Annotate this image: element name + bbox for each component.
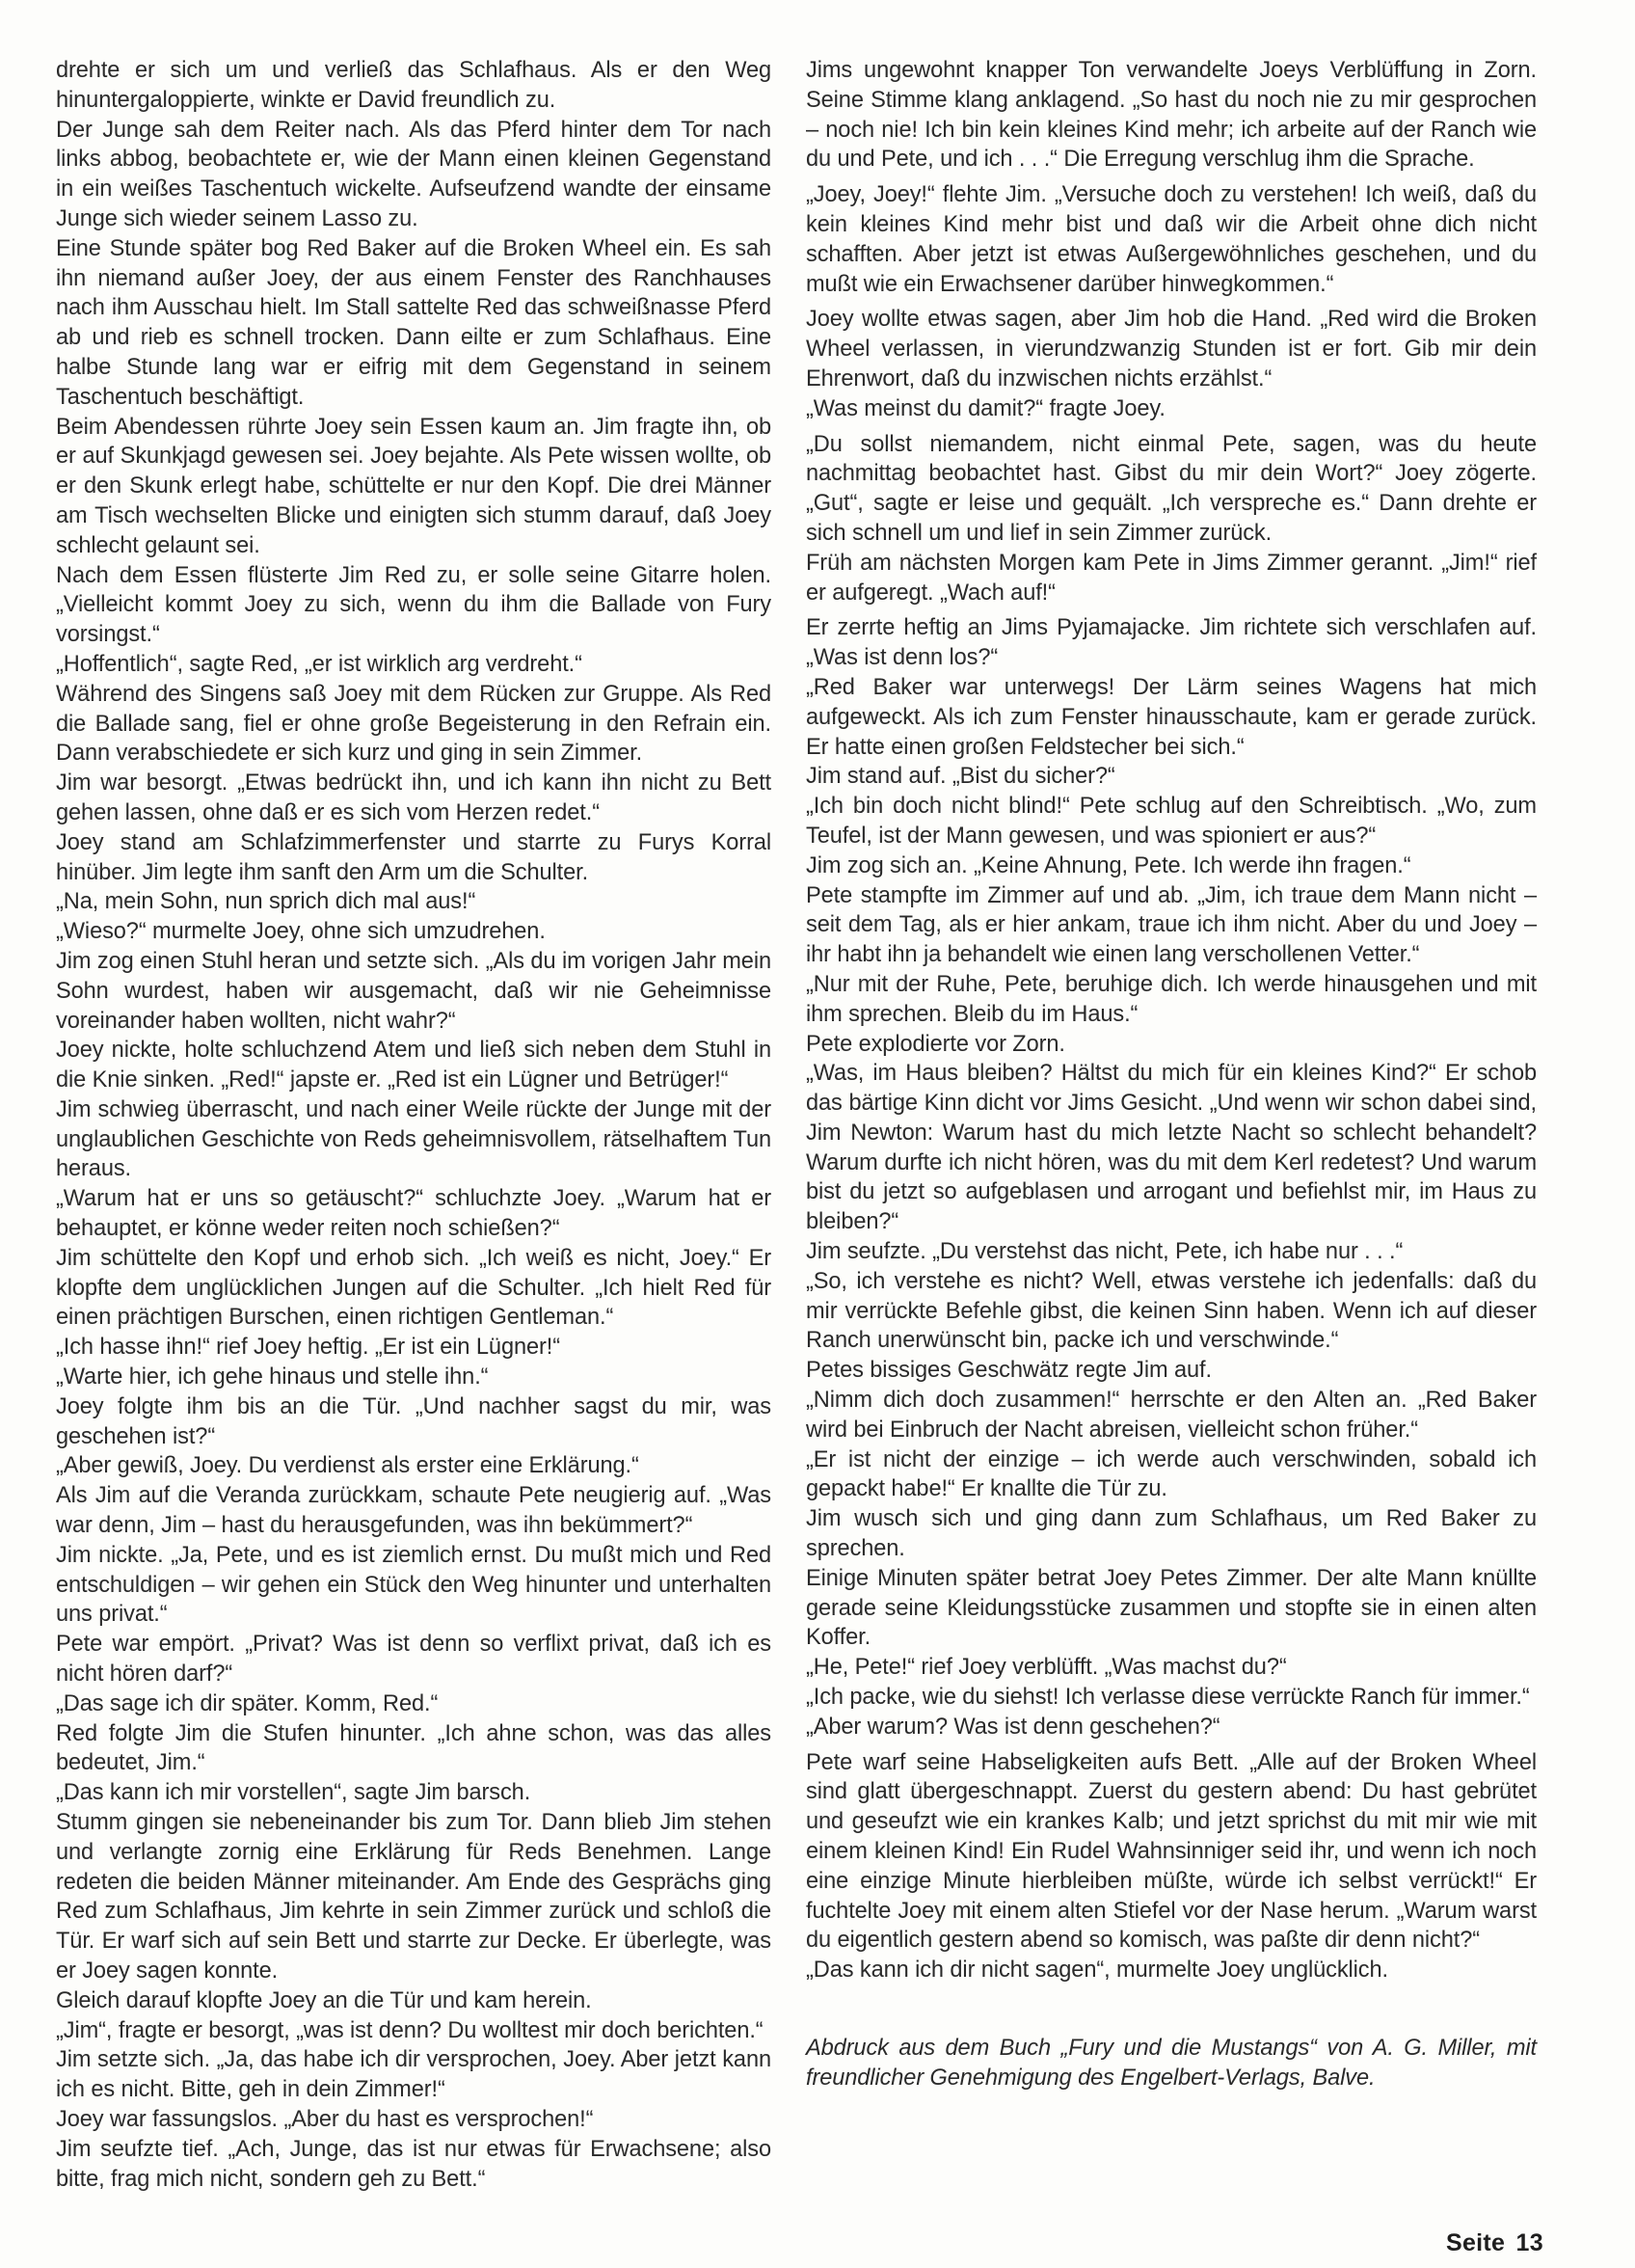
paragraph: Jim seufzte. „Du verstehst das nicht, Pe… (806, 1237, 1537, 1267)
paragraph: Pete stampfte im Zimmer auf und ab. „Jim… (806, 881, 1537, 970)
paragraph: „Aber warum? Was ist denn geschehen?“ (806, 1713, 1537, 1742)
paragraph: „Red Baker war unterwegs! Der Lärm seine… (806, 673, 1537, 762)
paragraph: Jim setzte sich. „Ja, das habe ich dir v… (56, 2045, 771, 2105)
paragraph: Früh am nächsten Morgen kam Pete in Jims… (806, 549, 1537, 608)
paragraph: drehte er sich um und verließ das Schlaf… (56, 56, 771, 116)
paragraph: Stumm gingen sie nebeneinander bis zum T… (56, 1808, 771, 1986)
paragraph: „Aber gewiß, Joey. Du verdienst als erst… (56, 1451, 771, 1481)
paragraph: „Na, mein Sohn, nun sprich dich mal aus!… (56, 887, 771, 917)
paragraph: Jim stand auf. „Bist du sicher?“ (806, 762, 1537, 792)
paragraph: Jim war besorgt. „Etwas bedrückt ihn, un… (56, 769, 771, 828)
paragraph: Gleich darauf klopfte Joey an die Tür un… (56, 1986, 771, 2016)
paragraph: „Was meinst du damit?“ fragte Joey. (806, 394, 1537, 424)
paragraph: „Joey, Joey!“ flehte Jim. „Versuche doch… (806, 180, 1537, 299)
paragraph: Joey nickte, holte schluchzend Atem und … (56, 1036, 771, 1095)
source-credit: Abdruck aus dem Buch „Fury und die Musta… (806, 2034, 1537, 2093)
paragraph: „Warum hat er uns so getäuscht?“ schluch… (56, 1184, 771, 1244)
paragraph: Jim wusch sich und ging dann zum Schlafh… (806, 1504, 1537, 1564)
left-text-column: drehte er sich um und verließ das Schlaf… (56, 56, 771, 2194)
paragraph: „Nur mit der Ruhe, Pete, beruhige dich. … (806, 970, 1537, 1030)
paragraph: Jim schüttelte den Kopf und erhob sich. … (56, 1244, 771, 1333)
paragraph: Nach dem Essen flüsterte Jim Red zu, er … (56, 561, 771, 650)
paragraph: „Das sage ich dir später. Komm, Red.“ (56, 1689, 771, 1719)
paragraph: „So, ich verstehe es nicht? Well, etwas … (806, 1267, 1537, 1356)
paragraph: „Jim“, fragte er besorgt, „was ist denn?… (56, 2016, 771, 2046)
paragraph: „Hoffentlich“, sagte Red, „er ist wirkli… (56, 650, 771, 680)
paragraph: Beim Abendessen rührte Joey sein Essen k… (56, 413, 771, 561)
paragraph: Jim zog einen Stuhl heran und setzte sic… (56, 947, 771, 1036)
paragraph: Während des Singens saß Joey mit dem Rüc… (56, 680, 771, 769)
paragraph: Joey stand am Schlafzimmerfenster und st… (56, 828, 771, 888)
paragraph: Eine Stunde später bog Red Baker auf die… (56, 234, 771, 413)
paragraph: „Ich bin doch nicht blind!“ Pete schlug … (806, 792, 1537, 851)
paragraph: Als Jim auf die Veranda zurückkam, schau… (56, 1481, 771, 1541)
paragraph: Petes bissiges Geschwätz regte Jim auf. (806, 1356, 1537, 1386)
paragraph: Joey wollte etwas sagen, aber Jim hob di… (806, 305, 1537, 393)
paragraph: Einige Minuten später betrat Joey Petes … (806, 1564, 1537, 1653)
paragraph: Pete war empört. „Privat? Was ist denn s… (56, 1630, 771, 1689)
paragraph: Joey folgte ihm bis an die Tür. „Und nac… (56, 1392, 771, 1452)
paragraph: „Ich hasse ihn!“ rief Joey heftig. „Er i… (56, 1333, 771, 1363)
magazine-page: drehte er sich um und verließ das Schlaf… (0, 0, 1635, 2268)
paragraph: Joey war fassungslos. „Aber du hast es v… (56, 2105, 771, 2135)
paragraph: „Das kann ich mir vorstellen“, sagte Jim… (56, 1778, 771, 1808)
paragraph: „Das kann ich dir nicht sagen“, murmelte… (806, 1956, 1537, 1985)
paragraph: Der Junge sah dem Reiter nach. Als das P… (56, 116, 771, 234)
paragraph: Jim schwieg überrascht, und nach einer W… (56, 1095, 771, 1184)
paragraph: „Er ist nicht der einzige – ich werde au… (806, 1445, 1537, 1505)
paragraph: Pete warf seine Habseligkeiten aufs Bett… (806, 1748, 1537, 1957)
page-number: Seite 13 (1446, 2229, 1543, 2257)
paragraph: Jim nickte. „Ja, Pete, und es ist ziemli… (56, 1541, 771, 1630)
paragraph: Er zerrte heftig an Jims Pyjamajacke. Ji… (806, 613, 1537, 673)
paragraph: Jim zog sich an. „Keine Ahnung, Pete. Ic… (806, 851, 1537, 881)
paragraph: Jims ungewohnt knapper Ton verwandelte J… (806, 56, 1537, 175)
paragraph: Red folgte Jim die Stufen hinunter. „Ich… (56, 1719, 771, 1779)
paragraph: Jim seufzte tief. „Ach, Junge, das ist n… (56, 2135, 771, 2195)
paragraph: „He, Pete!“ rief Joey verblüfft. „Was ma… (806, 1653, 1537, 1683)
paragraph: Pete explodierte vor Zorn. (806, 1030, 1537, 1060)
paragraph: „Was, im Haus bleiben? Hältst du mich fü… (806, 1059, 1537, 1237)
paragraph: „Ich packe, wie du siehst! Ich verlasse … (806, 1683, 1537, 1713)
paragraph: „Du sollst niemandem, nicht einmal Pete,… (806, 430, 1537, 549)
paragraph: „Nimm dich doch zusammen!“ herrschte er … (806, 1386, 1537, 1445)
paragraph: „Warte hier, ich gehe hinaus und stelle … (56, 1363, 771, 1392)
right-text-column: Jims ungewohnt knapper Ton verwandelte J… (806, 56, 1537, 2093)
paragraph: „Wieso?“ murmelte Joey, ohne sich umzudr… (56, 917, 771, 947)
